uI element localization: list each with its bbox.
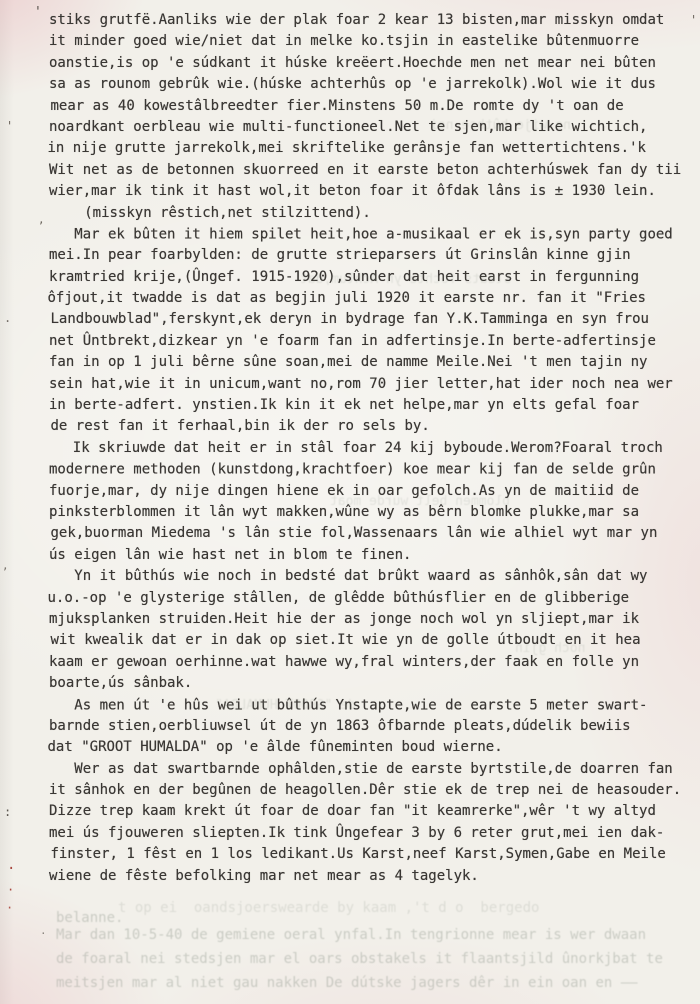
- ink-speck: ': [6, 120, 13, 132]
- text-line: (misskyn rêstich,net stilzittend).: [51, 203, 699, 224]
- text-line: sa as rounom gebrûk wie.(húske achterhûs…: [49, 74, 697, 95]
- text-line: finster, 1 fêst en 1 los ledikant.Us Kar…: [51, 844, 699, 865]
- text-line: fan in op 1 juli bêrne sûne soan,mei de …: [49, 352, 697, 373]
- text-line: boarte,ús sânbak.: [49, 673, 697, 694]
- ghost-mirrored-fragment: de "GROOT HUMALDA": [215, 698, 356, 713]
- ghost-mirrored-fragment: ne wije bûthse nei: [430, 118, 571, 133]
- ink-speck: ,: [38, 214, 45, 225]
- text-line: de rest fan it ferhaal,bin ik der ro sel…: [51, 416, 699, 437]
- ink-speck: .: [4, 312, 11, 324]
- text-line: Ik skriuwde dat heit er in stâl foar 24 …: [48, 438, 696, 459]
- ink-speck: :: [4, 806, 11, 818]
- text-line: mear as 40 kowestâlbreedter fier.Minsten…: [51, 96, 699, 117]
- text-line: wiene de fêste befolking mar net mear as…: [49, 866, 697, 887]
- text-line: Yn it bûthús wie noch in bedsté dat brûk…: [49, 566, 697, 587]
- ink-speck: ·: [6, 902, 13, 914]
- ghost-line: de foaral nei stedsjen mar el oars obsta…: [56, 949, 663, 969]
- ghost-line: t op ei oandsjoerswearde by kaam ,'t d o…: [118, 898, 539, 918]
- typewritten-text-block: stiks grutfë.Aanliks wie der plak foar 2…: [49, 10, 697, 887]
- ghost-mirrored-fragment: blommen belt wurde moat: [330, 494, 510, 509]
- ink-speck: ': [34, 6, 42, 19]
- text-line: wit kwealik dat er in dak op siet.It wie…: [51, 630, 699, 651]
- ink-speck: .: [40, 925, 47, 936]
- scanned-document-page: stiks grutfë.Aanliks wie der plak foar 2…: [0, 0, 700, 1004]
- text-line: it minder goed wie/niet dat in melke ko.…: [49, 31, 697, 52]
- text-line: As men út 'e hûs wei ut bûthús Ynstapte,…: [49, 695, 697, 716]
- text-line: barnde stien,oerbliuwsel út de yn 1863 ô…: [49, 716, 697, 737]
- text-line: net Ûntbrekt,dizkear yn 'e foarm fan in …: [49, 331, 697, 352]
- text-line: stiks grutfë.Aanliks wie der plak foar 2…: [49, 10, 697, 31]
- text-line: u.o.-op 'e glysterige stâllen, de glêdde…: [48, 588, 696, 609]
- ink-speck: ·: [7, 862, 15, 876]
- text-line: Mar ek bûten it hiem spilet heit,hoe a-m…: [49, 225, 697, 246]
- text-line: oanstie,is op 'e súdkant it húske kreëer…: [49, 53, 697, 74]
- text-line: noardkant oerbleau wie multi-functioneel…: [49, 117, 697, 138]
- ink-speck: ·: [7, 884, 14, 896]
- ink-speck: ': [690, 14, 697, 26]
- text-line: dat "GROOT HUMALDA" op 'e âlde fûneminte…: [48, 737, 696, 758]
- text-line: modernere methoden (kunstdong,krachtfoer…: [49, 460, 697, 481]
- text-line: Landbouwblad",ferskynt,ek deryn in bydra…: [51, 309, 699, 330]
- ink-speck: ,: [2, 560, 9, 571]
- ghost-mirrored-fragment: noch gjin: [515, 641, 585, 656]
- ghost-line: Mar dan 10-5-40 de gemiene oeral ynfal.I…: [56, 925, 646, 945]
- text-line: wier,mar ik tink it hast wol,it beton fo…: [49, 181, 697, 202]
- text-line: Dizze trep kaam krekt út foar de doar fa…: [49, 801, 697, 822]
- text-line: ús eigen lân wie hast net in blom te fin…: [49, 545, 697, 566]
- text-line: in nije grutte jarrekolk,mei skriftelike…: [48, 138, 696, 159]
- ghost-line: meitsjen mar al niet gau nakken De dútsk…: [56, 973, 638, 993]
- text-line: mei ús fjouweren sliepten.Ik tink Ûngefe…: [49, 823, 697, 844]
- text-line: sein hat,wie it in unicum,want no,rom 70…: [49, 374, 697, 395]
- text-line: kaam er gewoan oerhinne.wat hawwe wy,fra…: [49, 652, 697, 673]
- text-line: Wit net as de betonnen skuorreed en it e…: [49, 160, 697, 181]
- text-line: mei.In pear foarbylden: de grutte striep…: [49, 245, 697, 266]
- text-line: gek,buorman Miedema 's lân stie fol,Wass…: [51, 523, 699, 544]
- text-line: ôfjout,it twadde is dat as begjin juli 1…: [48, 288, 696, 309]
- text-line: Wer as dat swartbarnde ophâlden,stie de …: [49, 759, 697, 780]
- ghost-mirrored-fragment: sleats fochte yn Achlum,dat: [300, 272, 511, 287]
- text-line: it sânhok en der begûnen de heagollen.Dê…: [49, 780, 697, 801]
- text-line: mjuksplanken struiden.Heit hie der as jo…: [49, 609, 697, 630]
- text-line: in berte-adfert. ynstien.Ik kin it ek ne…: [49, 395, 697, 416]
